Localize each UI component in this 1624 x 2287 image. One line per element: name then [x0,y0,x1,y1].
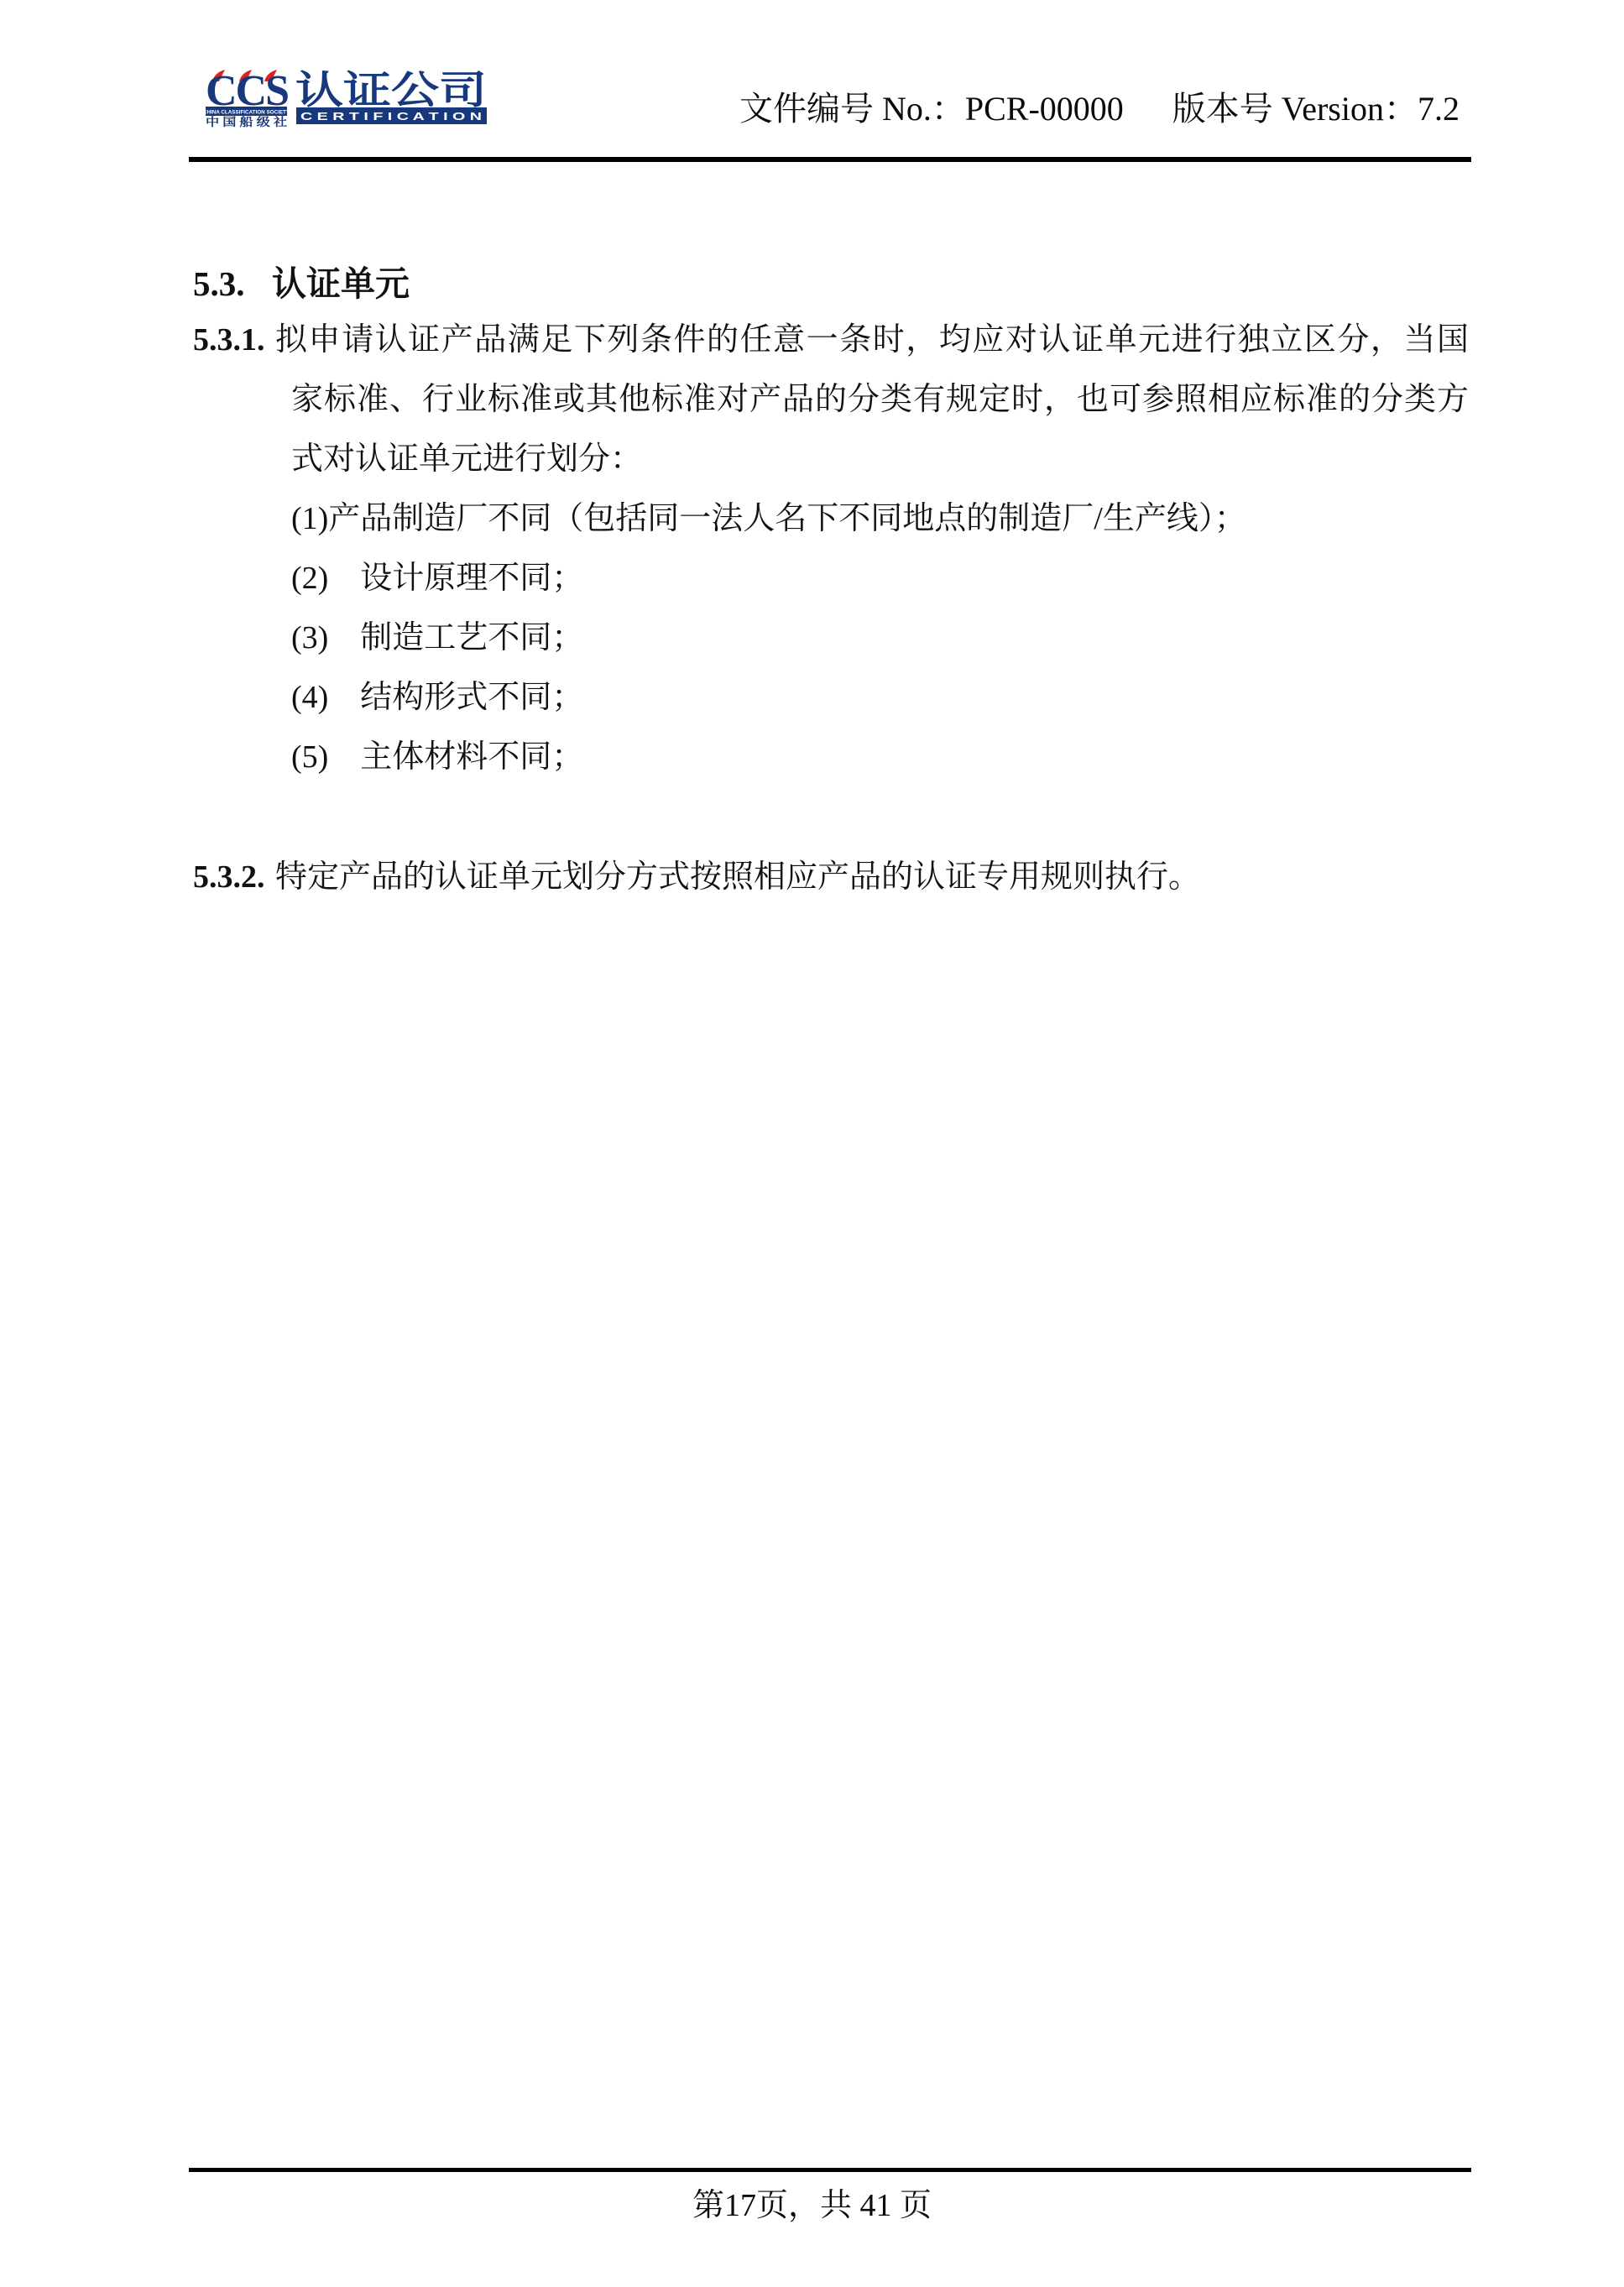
section-5-3-number: 5.3. [193,257,272,311]
header-meta: 文件编号 No.：PCR-00000 版本号 Version：7.2 [739,91,1460,128]
section-5-3-2-text: 特定产品的认证单元划分方式按照相应产品的认证专用规则执行。 [291,848,1469,907]
version-number: 版本号 Version：7.2 [1172,91,1460,128]
ccs-certification-logo: CCS CHINA CLASSIFICATION SOCIETY 中 国 船 级… [206,49,491,129]
section-5-3-2: 5.3.2. 特定产品的认证单元划分方式按照相应产品的认证专用规则执行。 [193,848,1469,907]
list-item: (4) 结构形式不同； [291,668,1469,728]
page-content: 5.3.认证单元 5.3.1. 拟申请认证产品满足下列条件的任意一条时，均应对认… [193,257,1469,907]
section-5-3-2-number: 5.3.2. [193,848,265,907]
list-item: (5) 主体材料不同； [291,728,1469,787]
header-rule [189,157,1471,162]
certification-en-label: C E R T I F I C A T I O N [300,110,482,123]
paragraph-line: 拟申请认证产品满足下列条件的任意一条时，均应对认证单元进行独立区分，当国 [275,311,1469,370]
list-item: (2) 设计原理不同； [291,549,1469,608]
section-5-3-1: 5.3.1. 拟申请认证产品满足下列条件的任意一条时，均应对认证单元进行独立区分… [193,311,1469,489]
document-page: CCS CHINA CLASSIFICATION SOCIETY 中 国 船 级… [0,0,1624,2287]
company-cn-wordmark: 认证公司 [295,69,487,112]
paragraph-line: 家标准、行业标准或其他标准对产品的分类有规定时，也可参照相应标准的分类方 [291,370,1469,430]
section-5-3-1-text: 拟申请认证产品满足下列条件的任意一条时，均应对认证单元进行独立区分，当国 家标准… [291,311,1469,489]
list-item: (3) 制造工艺不同； [291,608,1469,668]
section-5-3-1-number: 5.3.1. [193,311,265,370]
section-5-3-heading: 5.3.认证单元 [193,257,1469,311]
doc-number: 文件编号 No.：PCR-00000 [739,91,1124,128]
condition-list: (1)产品制造厂不同（包括同一法人名下不同地点的制造厂/生产线）； (2) 设计… [291,489,1469,787]
paragraph-line: 特定产品的认证单元划分方式按照相应产品的认证专用规则执行。 [275,848,1469,907]
society-cn-label: 中 国 船 级 社 [206,115,288,128]
footer-rule [189,2168,1471,2172]
ccs-logo-graphic: CCS CHINA CLASSIFICATION SOCIETY 中 国 船 级… [206,49,491,129]
paragraph-line: 式对认证单元进行划分： [291,430,1469,489]
society-en-label: CHINA CLASSIFICATION SOCIETY [206,110,290,116]
page-number: 第17页，共 41 页 [0,2186,1624,2225]
list-item: (1)产品制造厂不同（包括同一法人名下不同地点的制造厂/生产线）； [291,489,1469,549]
section-5-3-title: 认证单元 [272,264,410,303]
